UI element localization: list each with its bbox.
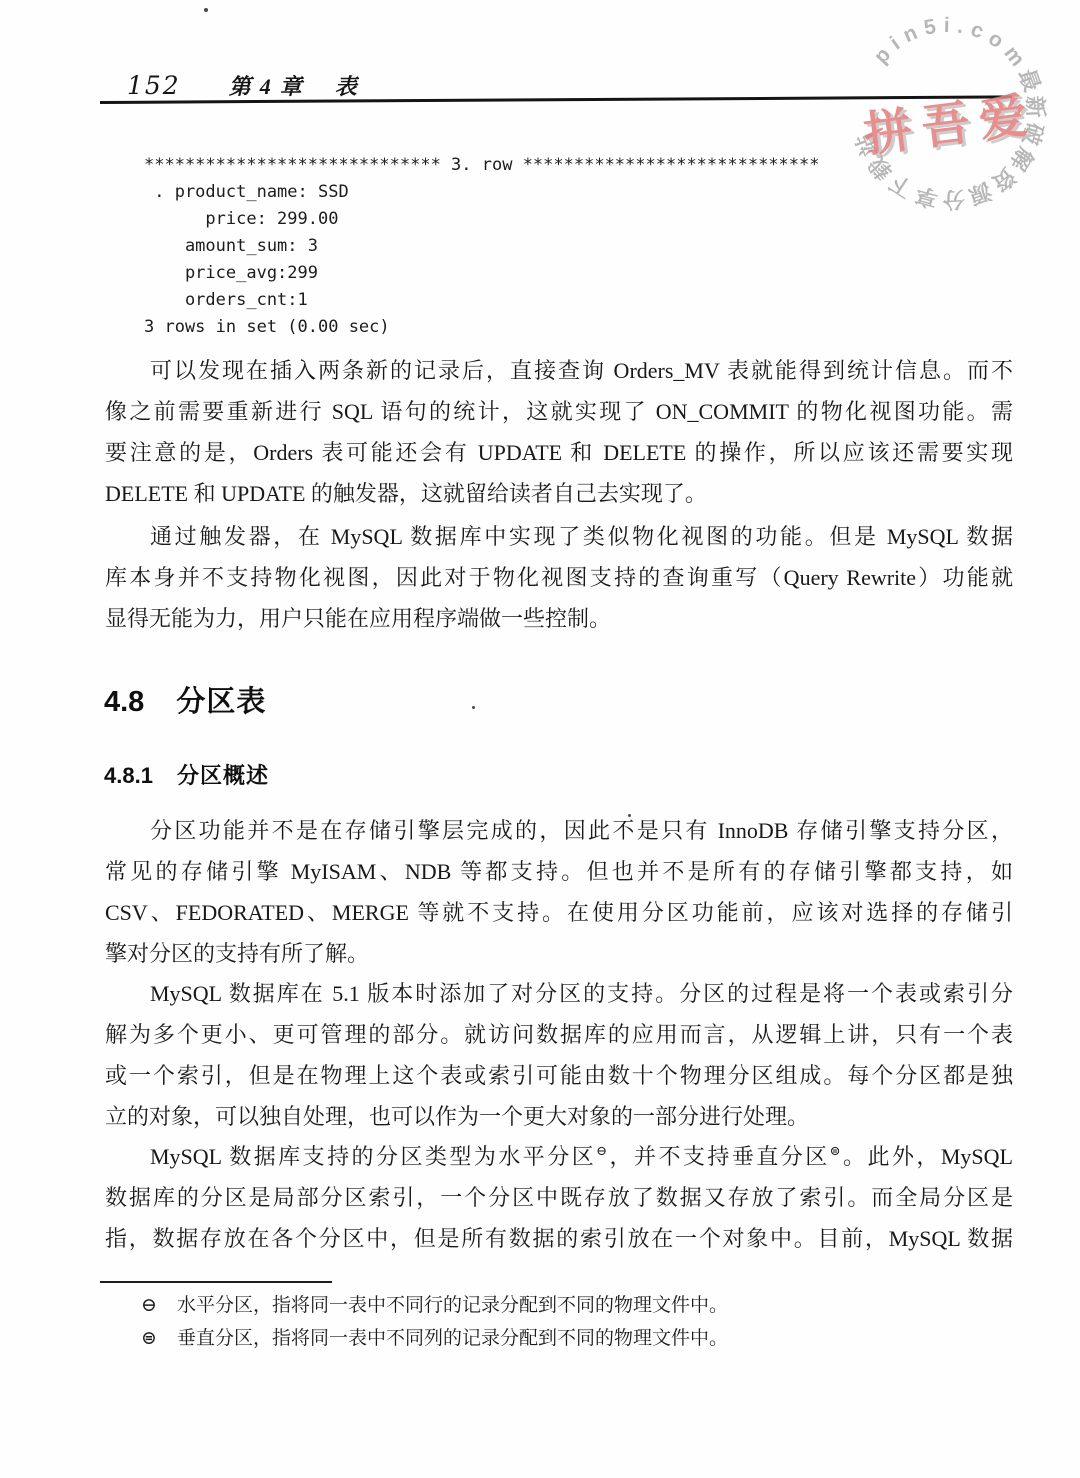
code-line: ***************************** 3. row ***… [144, 152, 820, 179]
footnote-marker: ⊜ [141, 1322, 177, 1355]
text-line: 通过触发器，在 MySQL 数据库中实现了类似物化视图的功能。但是 MySQL … [105, 516, 1013, 557]
paragraph: MySQL 数据库在 5.1 版本时添加了对分区的支持。分区的过程是将一个表或索… [105, 973, 1013, 1137]
text-line: 指，数据存放在各个分区中，但是所有数据的索引放在一个对象中。目前，MySQL 数… [105, 1218, 1013, 1259]
paragraph: 可以发现在插入两条新的记录后，直接查询 Orders_MV 表就能得到统计信息。… [105, 350, 1013, 514]
page-number: 152 [127, 71, 181, 100]
text-line: 显得无能为力，用户只能在应用程序端做一些控制。 [105, 598, 1013, 639]
section-title: 分区表 [176, 686, 266, 718]
text-line: 像之前需要重新进行 SQL 语句的统计，这就实现了 ON_COMMIT 的物化视… [105, 391, 1013, 432]
chapter-title: 表 [335, 74, 357, 99]
watermark-site-text: pin5i.com [870, 14, 1034, 76]
text-line: MySQL 数据库支持的分区类型为水平分区⊖，并不支持垂直分区⊜。此外，MySQ… [105, 1136, 1013, 1177]
text-line: 库本身并不支持物化视图，因此对于物化视图支持的查询重写（Query Rewrit… [105, 557, 1013, 598]
code-line: 3 rows in set (0.00 sec) [144, 314, 820, 341]
code-line: . product_name: SSD [144, 179, 820, 206]
code-block: ***************************** 3. row ***… [144, 152, 820, 341]
text-line: 擎对分区的支持有所了解。 [105, 933, 1013, 974]
text-line: MySQL 数据库在 5.1 版本时添加了对分区的支持。分区的过程是将一个表或索… [105, 973, 1013, 1014]
code-line: amount_sum: 3 [144, 233, 820, 260]
footnote-separator [100, 1281, 332, 1283]
scan-speckle [628, 814, 631, 817]
footnote-ref-2: ⊜ [830, 1143, 841, 1158]
book-page: { "header": { "page_number": "152", "cha… [0, 0, 1080, 1478]
footnote-ref-1: ⊖ [596, 1143, 607, 1158]
section-heading: 4.8分区表 [104, 679, 266, 720]
code-line: price_avg:299 [144, 260, 820, 287]
text-line: 常见的存储引擎 MyISAM、NDB 等都支持。但也并不是所有的存储引擎都支持，… [105, 851, 1013, 892]
subsection-number: 4.8.1 [104, 763, 153, 788]
paragraph: 通过触发器，在 MySQL 数据库中实现了类似物化视图的功能。但是 MySQL … [105, 516, 1013, 639]
footnote-item: ⊜ 垂直分区，指将同一表中不同列的记录分配到不同的物理文件中。 [141, 1322, 728, 1355]
subsection-title: 分区概述 [177, 763, 269, 788]
footnote-text: 水平分区，指将同一表中不同行的记录分配到不同的物理文件中。 [177, 1289, 728, 1322]
paragraph: 分区功能并不是在存储引擎层完成的，因此不是只有 InnoDB 存储引擎支持分区，… [105, 810, 1013, 974]
code-line: price: 299.00 [144, 206, 820, 233]
text-segment: MySQL 数据库支持的分区类型为水平分区 [150, 1144, 596, 1169]
text-line: 数据库的分区是局部分区索引，一个分区中既存放了数据又存放了索引。而全局分区是 [105, 1177, 1013, 1218]
page-header: 152 第4章 表 [127, 70, 357, 101]
text-line: CSV、FEDORATED、MERGE 等就不支持。在使用分区功能前，应该对选择… [105, 892, 1013, 933]
footnote-marker: ⊖ [141, 1289, 177, 1322]
text-line: 可以发现在插入两条新的记录后，直接查询 Orders_MV 表就能得到统计信息。… [105, 350, 1013, 391]
footnote-item: ⊖ 水平分区，指将同一表中不同行的记录分配到不同的物理文件中。 [141, 1289, 728, 1322]
section-number: 4.8 [104, 686, 144, 718]
text-line: DELETE 和 UPDATE 的触发器，这就留给读者自己去实现了。 [105, 473, 1013, 514]
footnote-text: 垂直分区，指将同一表中不同列的记录分配到不同的物理文件中。 [177, 1322, 728, 1355]
text-line: 立的对象，可以独自处理，也可以作为一个更大对象的一部分进行处理。 [105, 1096, 1013, 1137]
text-line: 要注意的是，Orders 表可能还会有 UPDATE 和 DELETE 的操作，… [105, 432, 1013, 473]
scan-speckle [472, 706, 475, 709]
paragraph: MySQL 数据库支持的分区类型为水平分区⊖，并不支持垂直分区⊜。此外，MySQ… [105, 1136, 1013, 1259]
text-line: 分区功能并不是在存储引擎层完成的，因此不是只有 InnoDB 存储引擎支持分区， [105, 810, 1013, 851]
code-line: orders_cnt:1 [144, 287, 820, 314]
scan-speckle [204, 8, 208, 12]
subsection-heading: 4.8.1分区概述 [104, 759, 269, 790]
svg-text:pin5i.com: pin5i.com [870, 14, 1034, 76]
chapter-label: 第4章 [229, 74, 311, 99]
text-segment: ，并不支持垂直分区 [607, 1144, 830, 1169]
text-segment: 。此外，MySQL [841, 1144, 1013, 1169]
text-line: 解为多个更小、更可管理的部分。就访问数据库的应用而言，从逻辑上讲，只有一个表 [105, 1014, 1013, 1055]
text-line: 或一个索引，但是在物理上这个表或索引可能由数十个物理分区组成。每个分区都是独 [105, 1055, 1013, 1096]
footnotes: ⊖ 水平分区，指将同一表中不同行的记录分配到不同的物理文件中。 ⊜ 垂直分区，指… [141, 1289, 728, 1355]
